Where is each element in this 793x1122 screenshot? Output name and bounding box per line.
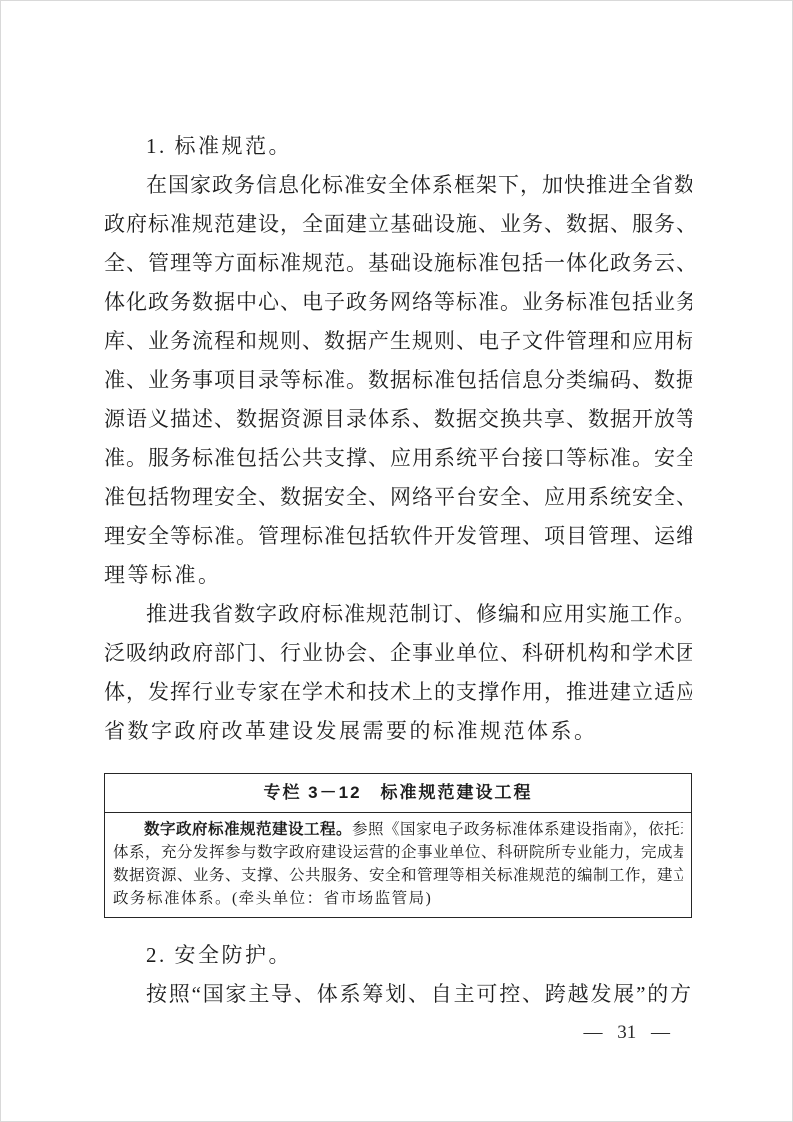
paragraph-3: 按照“国家主导、体系筹划、自主可控、跨越发展”的方 <box>104 975 692 1014</box>
callout-box-title: 专栏 3－12 标准规范建设工程 <box>105 774 691 813</box>
callout-box-3-12: 专栏 3－12 标准规范建设工程 数字政府标准规范建设工程。参照《国家电子政务标… <box>104 773 692 918</box>
body-line: 理等标准。 <box>104 556 692 595</box>
page-number: — 31 — <box>104 1018 692 1048</box>
callout-line: 政务标准体系。(牵头单位：省市场监管局) <box>113 887 683 910</box>
body-line: 理安全等标准。管理标准包括软件开发管理、项目管理、运维管 <box>104 517 692 556</box>
body-line: 体，发挥行业专家在学术和技术上的支撑作用，推进建立适应我 <box>104 673 692 712</box>
body-line: 准。服务标准包括公共支撑、应用系统平台接口等标准。安全标 <box>104 439 692 478</box>
document-page: 1. 标准规范。 在国家政务信息化标准安全体系框架下，加快推进全省数字 政府标准… <box>0 0 793 1122</box>
callout-line: 数字政府标准规范建设工程。参照《国家电子政务标准体系建设指南》，依托现有的标准 <box>113 818 683 841</box>
body-line: 在国家政务信息化标准安全体系框架下，加快推进全省数字 <box>104 166 692 205</box>
body-line: 准包括物理安全、数据安全、网络平台安全、应用系统安全、管 <box>104 478 692 517</box>
body-line: 体化政务数据中心、电子政务网络等标准。业务标准包括业务 <box>104 283 692 322</box>
callout-line-text: 参照《国家电子政务标准体系建设指南》，依托现有的标准 <box>352 821 683 838</box>
body-line: 推进我省数字政府标准规范制订、修编和应用实施工作。广 <box>104 595 692 634</box>
body-line: 按照“国家主导、体系筹划、自主可控、跨越发展”的方 <box>104 975 692 1014</box>
body-line: 政府标准规范建设，全面建立基础设施、业务、数据、服务、安 <box>104 205 692 244</box>
body-line: 泛吸纳政府部门、行业协会、企事业单位、科研机构和学术团 <box>104 634 692 673</box>
paragraph-2: 推进我省数字政府标准规范制订、修编和应用实施工作。广 泛吸纳政府部门、行业协会、… <box>104 595 692 751</box>
callout-box-body: 数字政府标准规范建设工程。参照《国家电子政务标准体系建设指南》，依托现有的标准 … <box>105 813 691 917</box>
body-line: 省数字政府改革建设发展需要的标准规范体系。 <box>104 712 692 751</box>
page-content: 1. 标准规范。 在国家政务信息化标准安全体系框架下，加快推进全省数字 政府标准… <box>104 127 692 1048</box>
section-heading-2: 2. 安全防护。 <box>104 936 692 975</box>
body-line: 全、管理等方面标准规范。基础设施标准包括一体化政务云、一 <box>104 244 692 283</box>
callout-lead-text: 数字政府标准规范建设工程。 <box>144 821 352 838</box>
section-heading-1: 1. 标准规范。 <box>104 127 692 166</box>
callout-line: 体系，充分发挥参与数字政府建设运营的企事业单位、科研院所专业能力，完成基础设施、 <box>113 841 683 864</box>
body-line: 源语义描述、数据资源目录体系、数据交换共享、数据开放等标 <box>104 400 692 439</box>
body-line: 库、业务流程和规则、数据产生规则、电子文件管理和应用标 <box>104 322 692 361</box>
paragraph-1: 在国家政务信息化标准安全体系框架下，加快推进全省数字 政府标准规范建设，全面建立… <box>104 166 692 595</box>
body-line: 准、业务事项目录等标准。数据标准包括信息分类编码、数据资 <box>104 361 692 400</box>
callout-line: 数据资源、业务、支撑、公共服务、安全和管理等相关标准规范的编制工作，建立我省电子 <box>113 864 683 887</box>
